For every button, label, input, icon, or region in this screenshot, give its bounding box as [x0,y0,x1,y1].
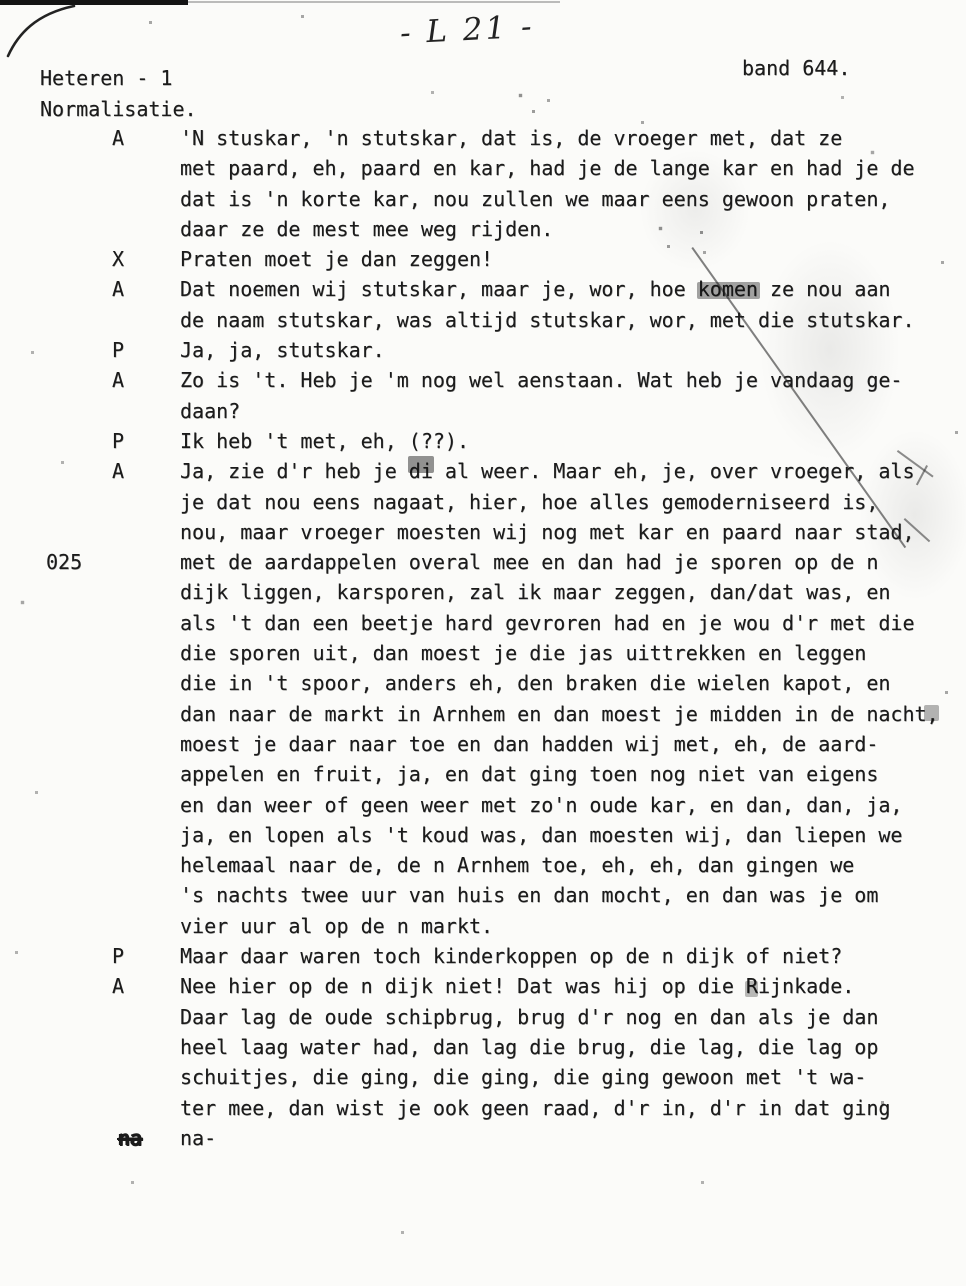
scanned-transcript-page: - L 21 - Heteren - 1 Normalisatie. band … [0,0,966,1286]
transcript-line: PMaar daar waren toch kinderkoppen op de… [0,941,966,971]
transcript-line: vier uur al op de n markt. [0,911,966,941]
document-subtitle: Normalisatie. [40,97,197,121]
line-text: Ik heb 't met, eh, (??). [180,426,469,456]
transcript-line: daar ze de mest mee weg rijden. [0,214,966,244]
transcript-line: helemaal naar de, de n Arnhem toe, eh, e… [0,850,966,880]
line-text: dat is 'n korte kar, nou zullen we maar … [180,184,890,214]
transcript-line: XPraten moet je dan zeggen! [0,244,966,274]
overtyped-word-blot [408,456,434,473]
transcript-line: nana- [0,1123,966,1153]
document-title: Heteren - 1 [40,66,172,90]
speaker-label: P [112,335,124,365]
transcript-line: ANee hier op de n dijk niet! Dat was hij… [0,971,966,1001]
line-text: Ja, ja, stutskar. [180,335,385,365]
transcript-line: daan? [0,396,966,426]
overtyped-word-blot [697,282,760,299]
transcript-line: schuitjes, die ging, die ging, die ging … [0,1062,966,1092]
line-text: 'N stuskar, 'n stutskar, dat is, de vroe… [180,123,842,153]
line-text: Zo is 't. Heb je 'm nog wel aenstaan. Wa… [180,365,902,395]
line-text: die sporen uit, dan moest je die jas uit… [180,638,866,668]
line-text: nou, maar vroeger moesten wij nog met ka… [180,517,915,547]
handwritten-corner-stroke [0,0,130,70]
line-text: met de aardappelen overal mee en dan had… [180,547,878,577]
transcript-line: appelen en fruit, ja, en dat ging toen n… [0,759,966,789]
line-text: ja, en lopen als 't koud was, dan moeste… [180,820,902,850]
line-text: die in 't spoor, anders eh, den braken d… [180,668,890,698]
overtyped-word-blot [924,705,939,721]
line-text: je dat nou eens nagaat, hier, hoe alles … [180,487,878,517]
transcript-line: met paard, eh, paard en kar, had je de l… [0,153,966,183]
handwritten-page-number: - L 21 - [399,9,535,52]
line-text: na- [180,1123,216,1153]
speaker-label: A [112,365,124,395]
speaker-label: A [112,971,124,1001]
transcript-line: de naam stutskar, was altijd stutskar, w… [0,305,966,335]
transcript-line: ja, en lopen als 't koud was, dan moeste… [0,820,966,850]
line-text: schuitjes, die ging, die ging, die ging … [180,1062,866,1092]
transcript-line: heel laag water had, dan lag die brug, d… [0,1032,966,1062]
margin-counter: 025 [46,547,82,577]
speaker-label: P [112,941,124,971]
line-text: Maar daar waren toch kinderkoppen op de … [180,941,842,971]
speaker-label: A [112,456,124,486]
transcript-line: Daar lag de oude schipbrug, brug d'r nog… [0,1002,966,1032]
line-text: helemaal naar de, de n Arnhem toe, eh, e… [180,850,854,880]
line-text: daar ze de mest mee weg rijden. [180,214,553,244]
line-text: als 't dan een beetje hard gevroren had … [180,608,915,638]
band-number: band 644. [742,56,850,80]
transcript-line: 's nachts twee uur van huis en dan mocht… [0,880,966,910]
line-text: dijk liggen, karsporen, zal ik maar zegg… [180,577,890,607]
struck-margin-note: na [118,1123,142,1153]
line-text: daan? [180,396,240,426]
transcript-line: je dat nou eens nagaat, hier, hoe alles … [0,487,966,517]
line-text: Ja, zie d'r heb je di al weer. Maar eh, … [180,456,915,486]
transcript-line: moest je daar naar toe en dan hadden wij… [0,729,966,759]
transcript-line: nou, maar vroeger moesten wij nog met ka… [0,517,966,547]
transcript-line: A'N stuskar, 'n stutskar, dat is, de vro… [0,123,966,153]
overtyped-word-blot [745,981,758,997]
transcript-line: dat is 'n korte kar, nou zullen we maar … [0,184,966,214]
scan-noise-specks [0,0,1,1]
line-text: Daar lag de oude schipbrug, brug d'r nog… [180,1002,878,1032]
line-text: Praten moet je dan zeggen! [180,244,493,274]
speaker-label: P [112,426,124,456]
transcript-line: AZo is 't. Heb je 'm nog wel aenstaan. W… [0,365,966,395]
transcript-line: AJa, zie d'r heb je di al weer. Maar eh,… [0,456,966,486]
line-text: met paard, eh, paard en kar, had je de l… [180,153,915,183]
scan-edge-line [188,1,560,3]
transcript-line: PIk heb 't met, eh, (??). [0,426,966,456]
transcript-line: als 't dan een beetje hard gevroren had … [0,608,966,638]
speaker-label: A [112,274,124,304]
transcript-line: PJa, ja, stutskar. [0,335,966,365]
line-text: appelen en fruit, ja, en dat ging toen n… [180,759,878,789]
line-text: vier uur al op de n markt. [180,911,493,941]
line-text: 's nachts twee uur van huis en dan mocht… [180,880,878,910]
speaker-label: A [112,123,124,153]
transcript-line: 025met de aardappelen overal mee en dan … [0,547,966,577]
line-text: ter mee, dan wist je ook geen raad, d'r … [180,1093,890,1123]
transcript-line: die sporen uit, dan moest je die jas uit… [0,638,966,668]
line-text: de naam stutskar, was altijd stutskar, w… [180,305,915,335]
transcript-line: dan naar de markt in Arnhem en dan moest… [0,699,966,729]
line-text: heel laag water had, dan lag die brug, d… [180,1032,878,1062]
transcript-line: dijk liggen, karsporen, zal ik maar zegg… [0,577,966,607]
line-text: en dan weer of geen weer met zo'n oude k… [180,790,902,820]
transcript-line: ter mee, dan wist je ook geen raad, d'r … [0,1093,966,1123]
transcript-line: die in 't spoor, anders eh, den braken d… [0,668,966,698]
transcript-line: ADat noemen wij stutskar, maar je, wor, … [0,274,966,304]
line-text: moest je daar naar toe en dan hadden wij… [180,729,878,759]
transcript-line: en dan weer of geen weer met zo'n oude k… [0,790,966,820]
transcript-body: A'N stuskar, 'n stutskar, dat is, de vro… [0,123,966,1153]
line-text: Dat noemen wij stutskar, maar je, wor, h… [180,274,890,304]
speaker-label: X [112,244,124,274]
line-text: dan naar de markt in Arnhem en dan moest… [180,699,939,729]
